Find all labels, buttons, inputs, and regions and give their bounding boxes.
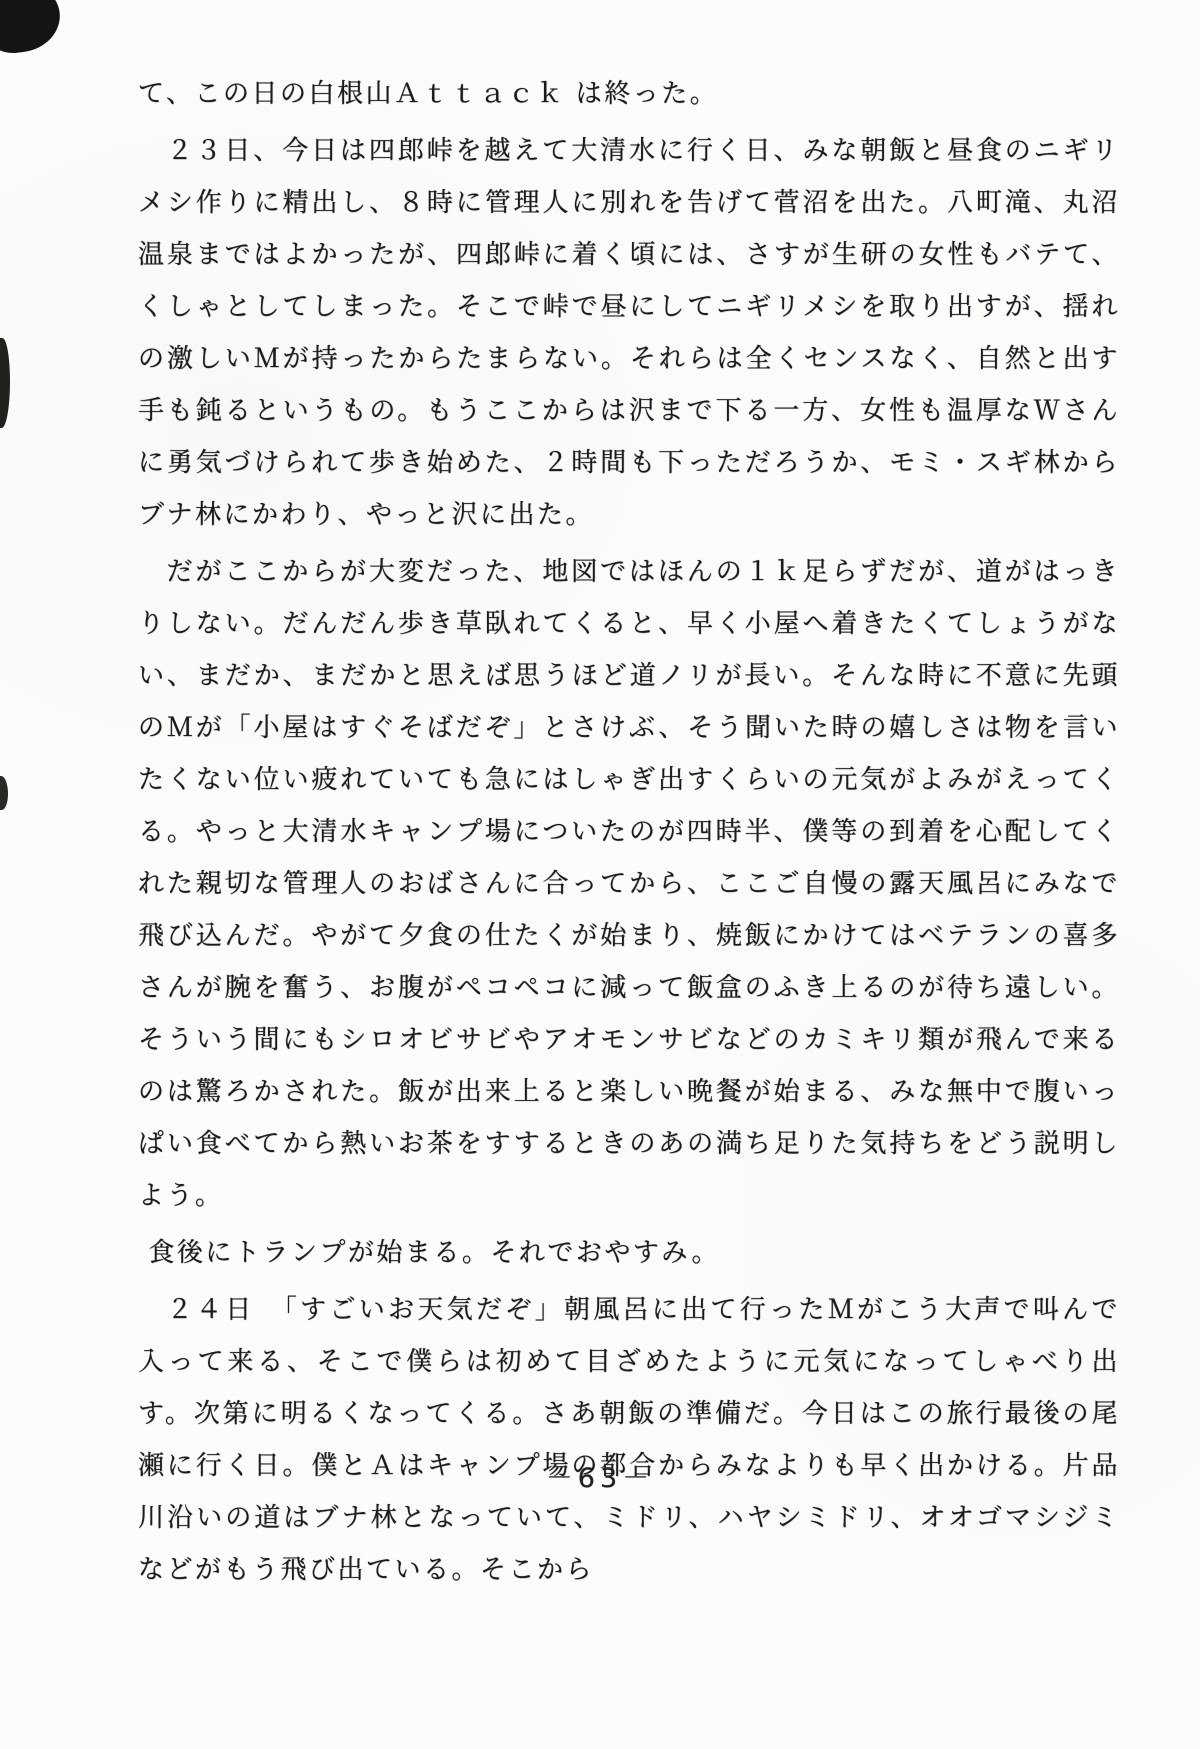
journal-text-body: て、この日の白根山Ａｔｔａｃｋ は終った。 ２３日、今日は四郎峠を越えて大清水に…: [138, 68, 1120, 1596]
paragraph-day23: ２３日、今日は四郎峠を越えて大清水に行く日、みな朝飯と昼食のニギリメシ作りに精出…: [138, 125, 1120, 541]
paragraph-day24: ２４日 「すごいお天気だぞ」朝風呂に出て行ったＭがこう大声で叫んで入って来る、そ…: [138, 1284, 1120, 1596]
paragraph-evening: 食後にトランプが始まる。それでおやすみ。: [138, 1227, 1120, 1279]
scan-artifact-left-edge-small: [0, 776, 8, 810]
scan-artifact-corner: [0, 0, 64, 56]
page-number: －63－: [0, 1456, 1200, 1495]
paragraph-descent: だがここからが大変だった、地図ではほんの１ｋ足らずだが、道がはっきりしない。だん…: [138, 546, 1120, 1222]
paragraph-continuation: て、この日の白根山Ａｔｔａｃｋ は終った。: [138, 68, 1120, 120]
scan-artifact-left-edge: [0, 338, 10, 428]
document-page: て、この日の白根山Ａｔｔａｃｋ は終った。 ２３日、今日は四郎峠を越えて大清水に…: [0, 0, 1200, 1749]
